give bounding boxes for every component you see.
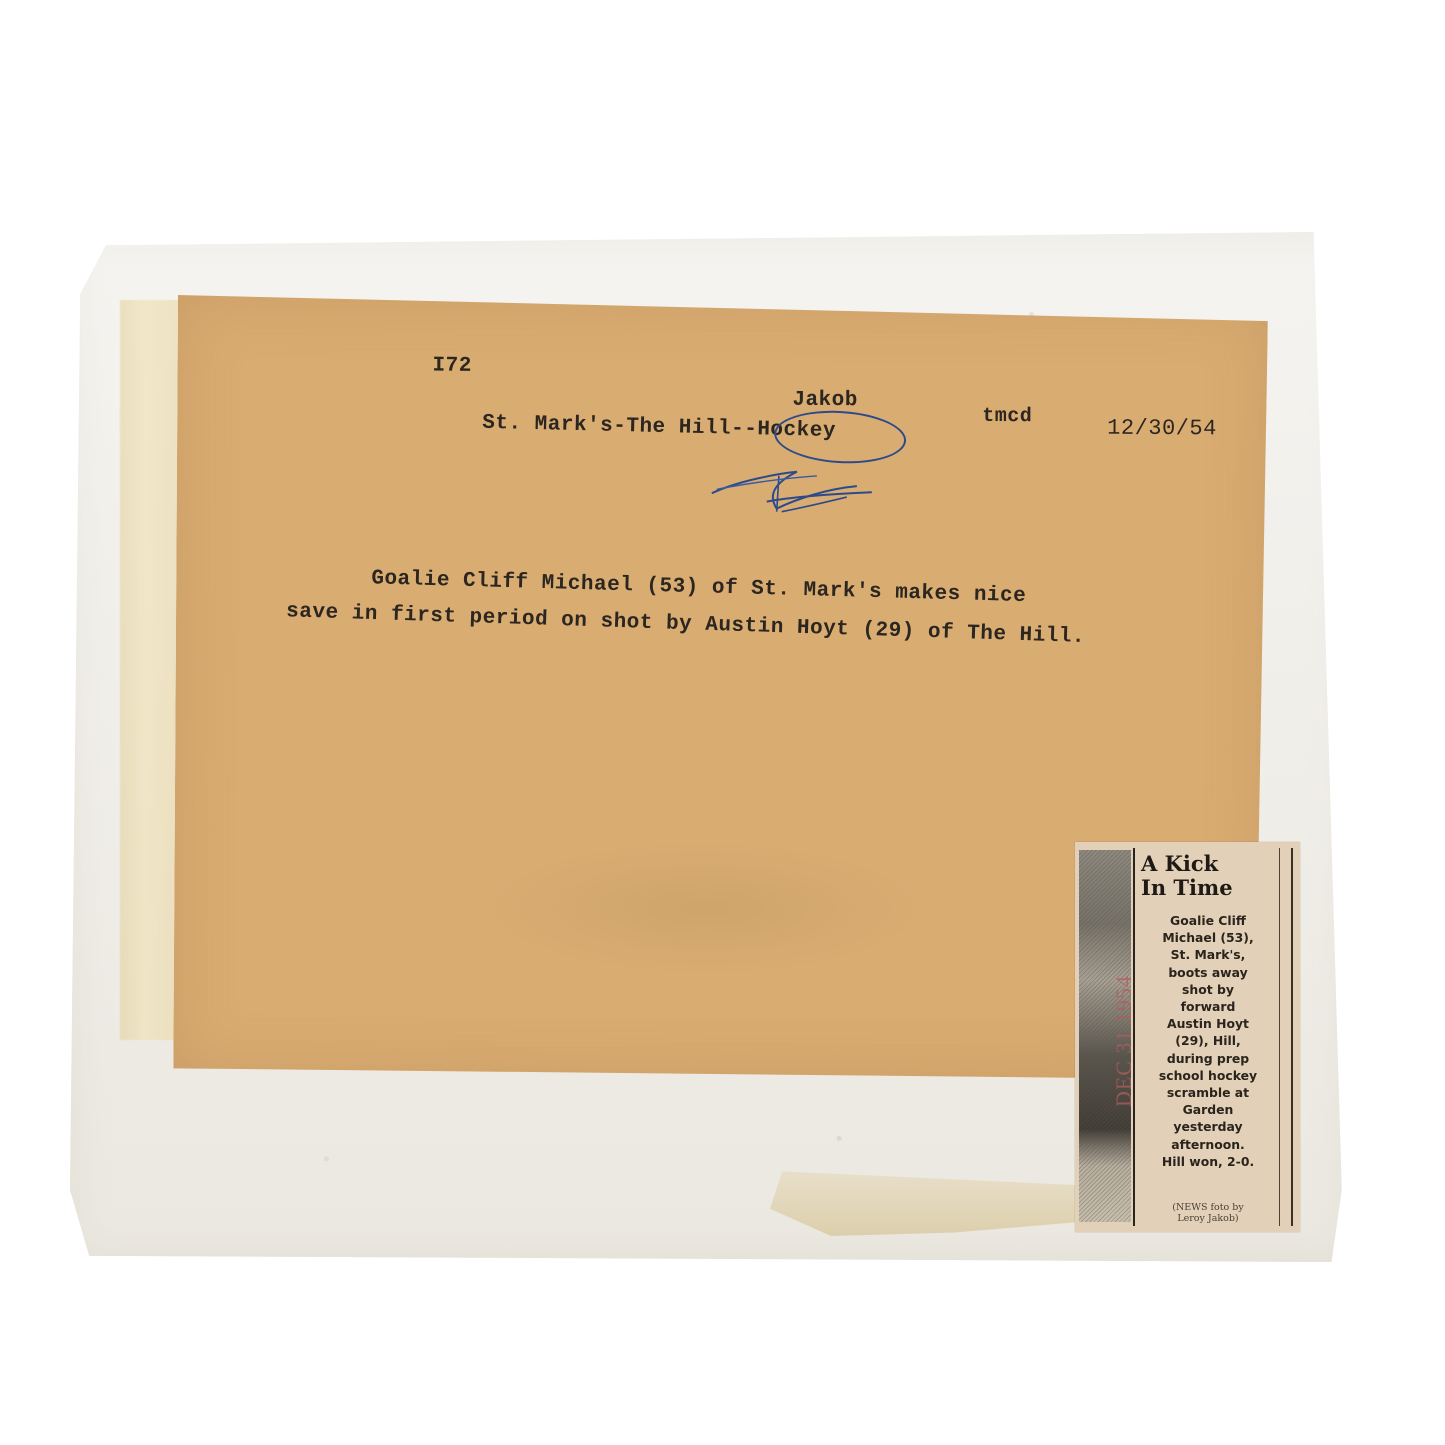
body-line: forward xyxy=(1137,998,1279,1015)
column-rule xyxy=(1291,848,1293,1226)
body-line: Hill won, 2-0. xyxy=(1137,1153,1279,1170)
body-line: Michael (53), xyxy=(1137,929,1279,946)
catalog-number: I72 xyxy=(433,355,472,378)
body-line: boots away xyxy=(1137,964,1279,981)
headline-line: In Time xyxy=(1141,876,1276,900)
caption-line-2: save in first period on shot by Austin H… xyxy=(286,600,1086,649)
clipping-body: Goalie Cliff Michael (53), St. Mark's, b… xyxy=(1137,912,1279,1170)
body-line: Garden xyxy=(1137,1101,1279,1118)
column-rule xyxy=(1279,848,1280,1226)
body-line: Austin Hoyt xyxy=(1137,1015,1279,1032)
pen-circle-mark xyxy=(773,407,908,467)
body-line: Goalie Cliff xyxy=(1137,912,1279,929)
body-line: afternoon. xyxy=(1137,1136,1279,1153)
clipping-headline: A Kick In Time xyxy=(1141,852,1276,900)
credit-line: Leroy Jakob) xyxy=(1137,1213,1279,1224)
caption-date: 12/30/54 xyxy=(1107,416,1217,442)
editor-initials: tmcd xyxy=(982,405,1032,428)
photo-credit: (NEWS foto by Leroy Jakob) xyxy=(1137,1202,1279,1224)
body-line: (29), Hill, xyxy=(1137,1032,1279,1049)
body-line: yesterday xyxy=(1137,1118,1279,1135)
body-line: scramble at xyxy=(1137,1084,1279,1101)
body-line: St. Mark's, xyxy=(1137,946,1279,963)
date-stamp: DEC 31 1954 xyxy=(1111,975,1137,1107)
body-line: during prep xyxy=(1137,1050,1279,1067)
body-line: shot by xyxy=(1137,981,1279,998)
credit-line: (NEWS foto by xyxy=(1137,1202,1279,1213)
caption-line-1: Goalie Cliff Michael (53) of St. Mark's … xyxy=(371,567,1026,608)
signature-scribble xyxy=(707,463,877,519)
newspaper-clipping: A Kick In Time Goalie Cliff Michael (53)… xyxy=(1075,842,1300,1232)
tape-residue-left xyxy=(120,300,180,1040)
body-line: school hockey xyxy=(1137,1067,1279,1084)
headline-line: A Kick xyxy=(1141,852,1276,876)
photographer-name: Jakob xyxy=(792,389,858,412)
